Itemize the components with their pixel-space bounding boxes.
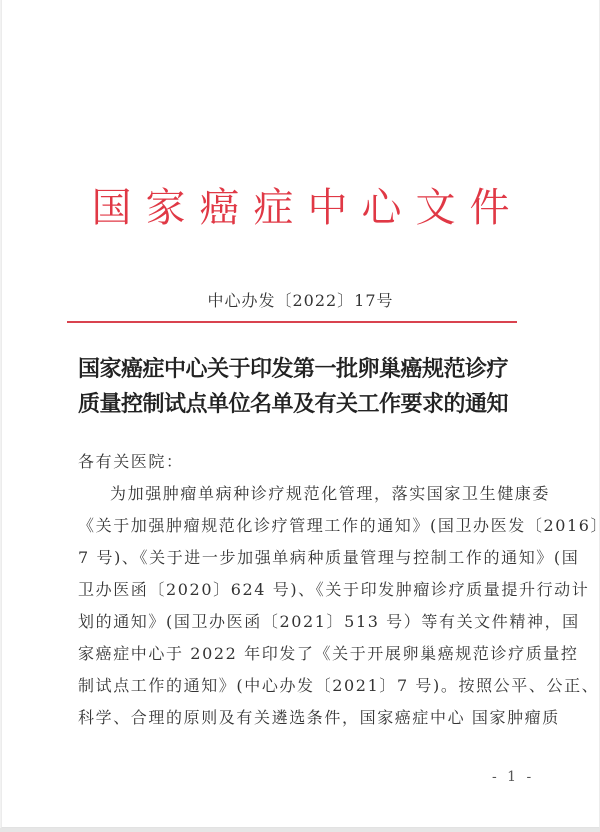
document-body: 各有关医院： 为加强肿瘤单病种诊疗规范化管理，落实国家卫生健康委 《关于加强肿瘤… <box>78 446 542 734</box>
salutation: 各有关医院： <box>78 446 542 478</box>
page-number: - 1 - <box>492 769 534 785</box>
body-line-2: 《关于加强肿瘤规范化诊疗管理工作的通知》(国卫办医发〔2016〕 <box>78 510 542 542</box>
body-line-3: 7 号)、《关于进一步加强单病种质量管理与控制工作的通知》(国 <box>78 542 542 574</box>
body-line-1: 为加强肿瘤单病种诊疗规范化管理，落实国家卫生健康委 <box>78 478 542 510</box>
body-line-5: 划的通知》(国卫办医函〔2021〕513 号）等有关文件精神，国 <box>78 606 542 638</box>
document-page: 国家癌症中心文件 中心办发〔2022〕17号 国家癌症中心关于印发第一批卵巢癌规… <box>1 0 600 828</box>
red-divider-rule <box>67 321 517 323</box>
title-line-2: 质量控制试点单位名单及有关工作要求的通知 <box>78 387 548 422</box>
document-title: 国家癌症中心关于印发第一批卵巢癌规范诊疗 质量控制试点单位名单及有关工作要求的通… <box>78 352 548 422</box>
body-line-8: 科学、合理的原则及有关遴选条件，国家癌症中心 国家肿瘤质 <box>78 702 542 734</box>
masthead-title: 国家癌症中心文件 <box>2 180 599 236</box>
body-line-7: 制试点工作的通知》(中心办发〔2021〕7 号)。按照公平、公正、 <box>78 670 542 702</box>
body-line-4: 卫办医函〔2020〕624 号)、《关于印发肿瘤诊疗质量提升行动计 <box>78 574 542 606</box>
document-number: 中心办发〔2022〕17号 <box>2 291 599 311</box>
page-bottom-edge <box>0 828 600 832</box>
body-line-6: 家癌症中心于 2022 年印发了《关于开展卵巢癌规范诊疗质量控 <box>78 638 542 670</box>
title-line-1: 国家癌症中心关于印发第一批卵巢癌规范诊疗 <box>78 352 548 387</box>
